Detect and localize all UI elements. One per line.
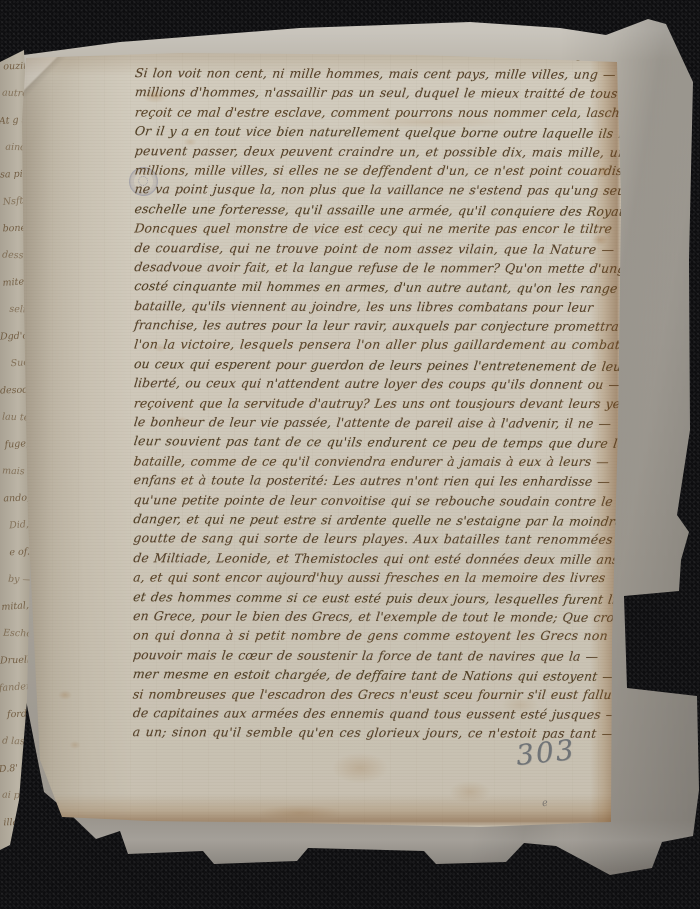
manuscript-line: le bonheur de leur vie passée, l'attente… [133,412,627,433]
manuscript-line: pouvoir mais le cœur de soustenir la for… [132,645,626,666]
facing-page-text-fragment: Escho [2,629,30,640]
manuscript-line: Si lon voit non cent, ni mille hommes, m… [134,63,628,84]
manuscript-line: bataille, qu'ils viennent au joindre, le… [133,296,627,317]
manuscript-page: 68. Si lon voit non cent, ni mille homme… [0,0,700,909]
manuscript-line: Or il y a en tout vice bien naturellemen… [134,121,628,143]
manuscript-line: leur souvient pas tant de ce qu'ils endu… [133,432,627,454]
manuscript-line: ne va point jusque la, non plus que la v… [134,179,628,200]
facing-page-text-fragment: desode, [0,385,30,396]
facing-page-text-fragment: Did, [0,520,29,532]
pencil-shelf-mark: 303 [514,733,577,772]
page-corner-fold [22,54,112,134]
facing-page-text-fragment: mital, [0,601,29,613]
facing-page-text-fragment: fanden [0,682,29,694]
manuscript-line: de capitaines aux armées des ennemis qua… [132,703,626,724]
facing-page-text-fragment: ford, [0,709,30,720]
manuscript-line: peuvent passer, deux peuvent craindre un… [134,141,628,162]
facing-page-text-fragment: mais te [2,467,30,478]
manuscript-line: Doncques quel monstre de vice est cecy q… [134,219,628,239]
manuscript-line: l'on la victoire, lesquels pensera l'on … [133,335,627,355]
facing-page-text-fragment: Sue [0,358,29,370]
manuscript-line: millions, mille villes, si elles ne se d… [134,160,628,180]
manuscript-line: reçoivent que la servitude d'autruy? Les… [133,393,627,413]
manuscript-line: goutte de sang qui sorte de leurs playes… [132,529,626,550]
manuscript-line: franchise, les autres pour la leur ravir… [133,315,627,336]
pencil-corner-mark: e [541,798,549,810]
manuscript-line: qu'une petite pointe de leur convoitise … [133,490,627,511]
manuscript-line: de couardise, qui ne trouve point de nom… [133,238,627,259]
manuscript-line: en Grece, pour le bien des Grecs, et l'e… [132,606,626,627]
manuscript-line: a, et qui sont encor aujourd'huy aussi f… [132,568,626,588]
manuscript-line: enfans et à toute la posterité: Les autr… [133,470,627,491]
manuscript-line: de Miltiade, Leonide, et Themistocles qu… [132,548,626,569]
manuscript-line: millions d'hommes, n'assaillir pas un se… [134,83,628,104]
facing-page-text-fragment: ai pagt [2,791,30,802]
handwritten-text-block: Si lon voit non cent, ni mille hommes, m… [133,63,627,743]
manuscript-line: reçoit ce mal d'estre esclave, comment p… [134,102,628,122]
facing-page-text-fragment: illaist [0,817,30,828]
facing-page-text-fragment: lau ter [2,413,30,424]
manuscript-line: liberté, ou ceux qui n'attendent autre l… [133,373,627,394]
facing-page-text-fragment: e of. [0,547,30,558]
facing-page-text-fragment: d lasst, [2,737,30,748]
facing-page-text-fragment: fuge, [0,439,29,451]
manuscript-line: bataille, comme de ce qu'il conviendra e… [133,451,627,471]
manuscript-line: mer mesme en estoit chargée, de deffaire… [132,664,626,686]
manuscript-photograph: ouzit,autredAt g steraindosa pitaNsftebo… [0,0,700,909]
facing-page-text-fragment: by — [2,575,30,586]
facing-page-text-fragment: Druell, [0,655,30,666]
manuscript-line: costé cinquante mil hommes en armes, d'u… [133,276,627,298]
manuscript-line: on qui donna à si petit nombre de gens c… [132,626,626,646]
manuscript-line: desadvoue avoir fait, et la langue refus… [133,257,627,278]
manuscript-line: si nombreuses que l'escadron des Grecs n… [132,684,626,704]
facing-page-text-fragment: D.8' — [0,763,29,775]
facing-page-text-fragment: ando, [0,493,30,504]
